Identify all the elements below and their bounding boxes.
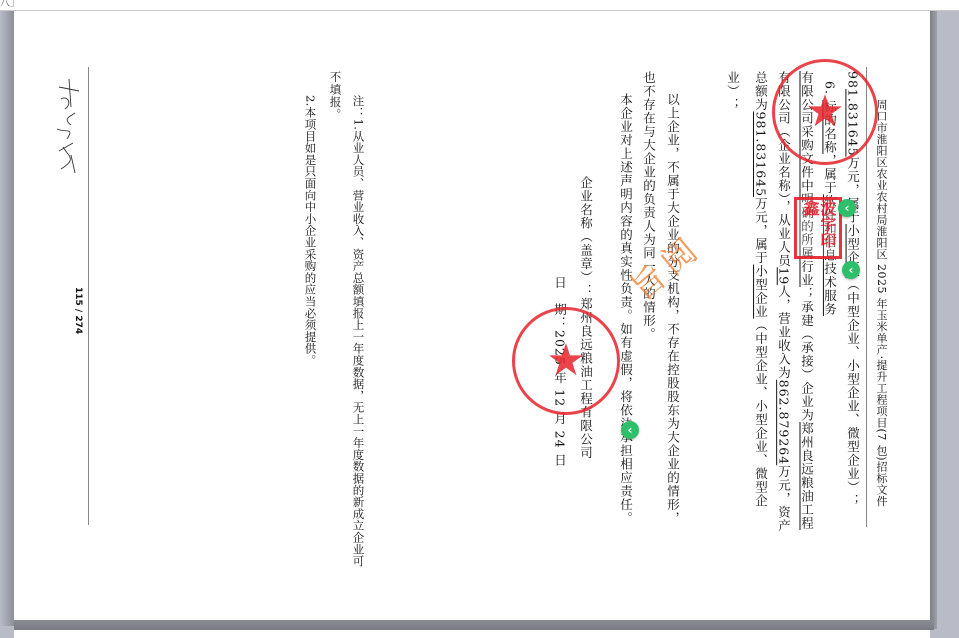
page-header: 周口市淮阳区农业农村局淮阳区 2025 年玉米单产·提升工程项目(7 包)招标文… xyxy=(876,99,887,507)
page-shadow-left xyxy=(0,11,14,626)
page-number: 115 / 274 xyxy=(73,287,83,334)
star-icon: ★ xyxy=(546,339,585,383)
viewer-toolbar: 八」 xyxy=(0,0,959,11)
note-1-cont: 不填报。 xyxy=(329,71,341,121)
note-1: 注：1.从业人员、营业收入、资产总额填报上一年度数据，无上一年度数据的新成立企业… xyxy=(352,95,364,567)
footer-rule xyxy=(88,67,89,525)
personal-seal: 波宇印鑫 xyxy=(794,197,842,259)
page-shadow-bottom xyxy=(14,620,934,630)
next-page-edge xyxy=(14,630,930,638)
paragraph-2: 本企业对上述声明内容的真实性负责。如有虚假，将依法承担相应责任。 xyxy=(619,93,632,525)
comment-badge-icon[interactable]: ‹ xyxy=(621,421,639,439)
note-2: 2.本项目如是只面向中小企业采购的应当必须提供。 xyxy=(304,95,316,366)
paragraph-1: 以上企业，不属于大企业的分支机构，不存在控股股东为大企业的情形， xyxy=(666,93,679,525)
body-line-5: 总额为981.831645万元，属于小型企业（中型企业、小型企业、微型企 xyxy=(754,71,767,508)
company-seal-top: ★ xyxy=(772,59,878,165)
document-page: 周口市淮阳区农业农村局淮阳区 2025 年玉米单产·提升工程项目(7 包)招标文… xyxy=(14,11,930,620)
title-fragment: 八」 xyxy=(0,0,20,9)
company-seal-bottom: ★ xyxy=(512,307,620,415)
star-icon: ★ xyxy=(805,90,844,134)
handwritten-signature xyxy=(51,77,81,177)
comment-badge-icon[interactable]: ‹ xyxy=(842,261,860,279)
page-shadow-right xyxy=(930,11,937,629)
body-line-6: 业）； xyxy=(726,71,739,112)
comment-badge-icon[interactable]: ‹ xyxy=(838,199,856,217)
